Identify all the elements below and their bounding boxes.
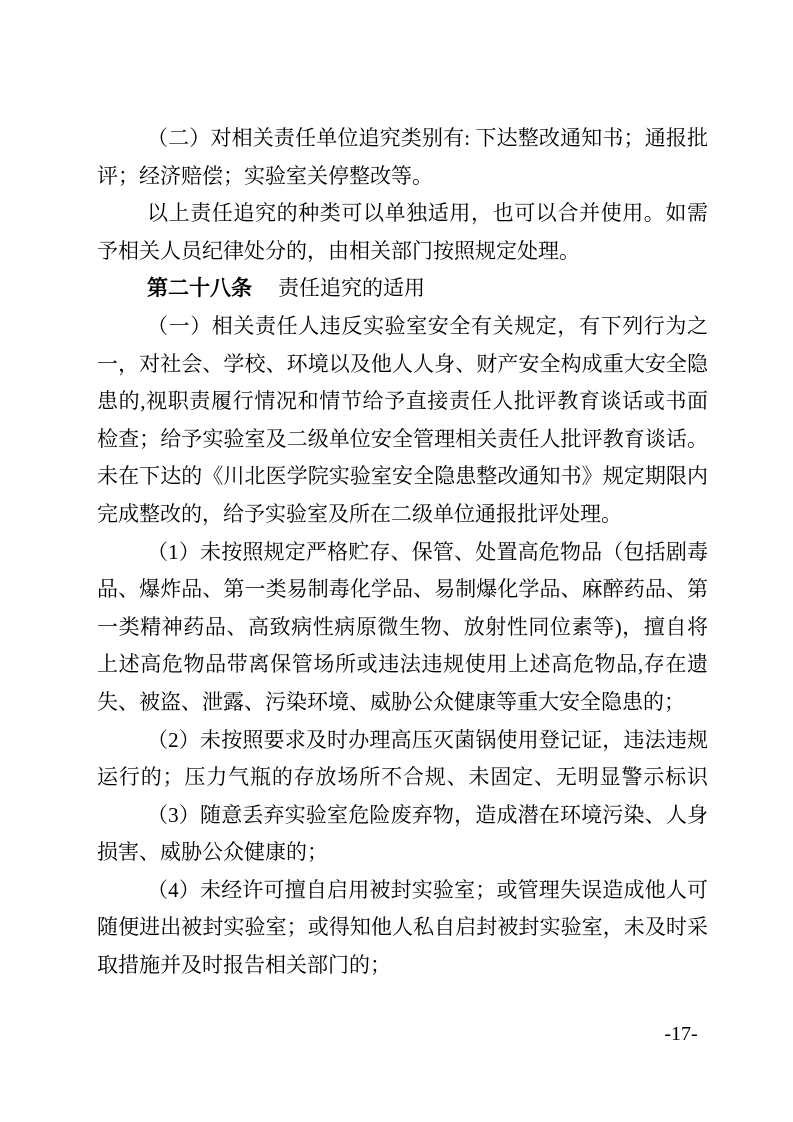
- text-line: 评；经济赔偿；实验室关停整改等。: [97, 158, 708, 196]
- text-line: 上述高危物品带离保管场所或违法违规使用上述高危物品,存在遗: [97, 646, 708, 684]
- list-item-3-hazardous-waste: （3）随意丢弃实验室危险废弃物，造成潜在环境污染、人身损害、威胁公众健康的；: [97, 797, 708, 872]
- text-line: （3）随意丢弃实验室危险废弃物，造成潜在环境污染、人身: [97, 797, 708, 835]
- text-line: 检查；给予实验室及二级单位安全管理相关责任人批评教育谈话。: [97, 421, 708, 459]
- text-line: 损害、威胁公众健康的；: [97, 834, 708, 872]
- text-line: 品、爆炸品、第一类易制毒化学品、易制爆化学品、麻醉药品、第: [97, 571, 708, 609]
- paragraph-personal-accountability: （一）相关责任人违反实验室安全有关规定，有下列行为之一，对社会、学校、环境以及他…: [97, 308, 708, 534]
- text-line: （一）相关责任人违反实验室安全有关规定，有下列行为之: [97, 308, 708, 346]
- article-28-heading: 第二十八条责任追究的适用: [97, 270, 708, 308]
- document-page: （二）对相关责任单位追究类别有: 下达整改通知书；通报批评；经济赔偿；实验室关停…: [0, 0, 793, 1122]
- list-item-2-autoclave-gas-cylinders: （2）未按照要求及时办理高压灭菌锅使用登记证，违法违规运行的；压力气瓶的存放场所…: [97, 722, 708, 797]
- text-line: （1）未按照规定严格贮存、保管、处置高危物品（包括剧毒: [97, 534, 708, 572]
- text-line: 运行的；压力气瓶的存放场所不合规、未固定、无明显警示标识的；: [97, 759, 708, 797]
- document-body: （二）对相关责任单位追究类别有: 下达整改通知书；通报批评；经济赔偿；实验室关停…: [97, 120, 708, 985]
- text-line: 予相关人员纪律处分的，由相关部门按照规定处理。: [97, 233, 708, 271]
- text-line: （二）对相关责任单位追究类别有: 下达整改通知书；通报批: [97, 120, 708, 158]
- paragraph-combined-application: 以上责任追究的种类可以单独适用，也可以合并使用。如需给予相关人员纪律处分的，由相…: [97, 195, 708, 270]
- text-line: 一，对社会、学校、环境以及他人人身、财产安全构成重大安全隐: [97, 346, 708, 384]
- text-line: 一类精神药品、高致病性病原微生物、放射性同位素等)，擅自将: [97, 609, 708, 647]
- list-item-4-sealed-laboratory: （4）未经许可擅自启用被封实验室；或管理失误造成他人可随便进出被封实验室；或得知…: [97, 872, 708, 985]
- page-number: -17-: [648, 1023, 714, 1046]
- article-title: 责任追究的适用: [278, 276, 425, 300]
- text-line: 以上责任追究的种类可以单独适用，也可以合并使用。如需给: [97, 195, 708, 233]
- text-line: 随便进出被封实验室；或得知他人私自启封被封实验室，未及时采: [97, 909, 708, 947]
- list-item-1-hazardous-materials: （1）未按照规定严格贮存、保管、处置高危物品（包括剧毒品、爆炸品、第一类易制毒化…: [97, 534, 708, 722]
- text-line: （4）未经许可擅自启用被封实验室；或管理失误造成他人可: [97, 872, 708, 910]
- text-line: 患的,视职责履行情况和情节给予直接责任人批评教育谈话或书面: [97, 383, 708, 421]
- paragraph-unit-accountability-types: （二）对相关责任单位追究类别有: 下达整改通知书；通报批评；经济赔偿；实验室关停…: [97, 120, 708, 195]
- text-line: 取措施并及时报告相关部门的；: [97, 947, 708, 985]
- text-line: 完成整改的，给予实验室及所在二级单位通报批评处理。: [97, 496, 708, 534]
- article-number: 第二十八条: [147, 276, 252, 300]
- text-line: 失、被盗、泄露、污染环境、威胁公众健康等重大安全隐患的；: [97, 684, 708, 722]
- text-line: 未在下达的《川北医学院实验室安全隐患整改通知书》规定期限内: [97, 458, 708, 496]
- text-line: （2）未按照要求及时办理高压灭菌锅使用登记证，违法违规: [97, 722, 708, 760]
